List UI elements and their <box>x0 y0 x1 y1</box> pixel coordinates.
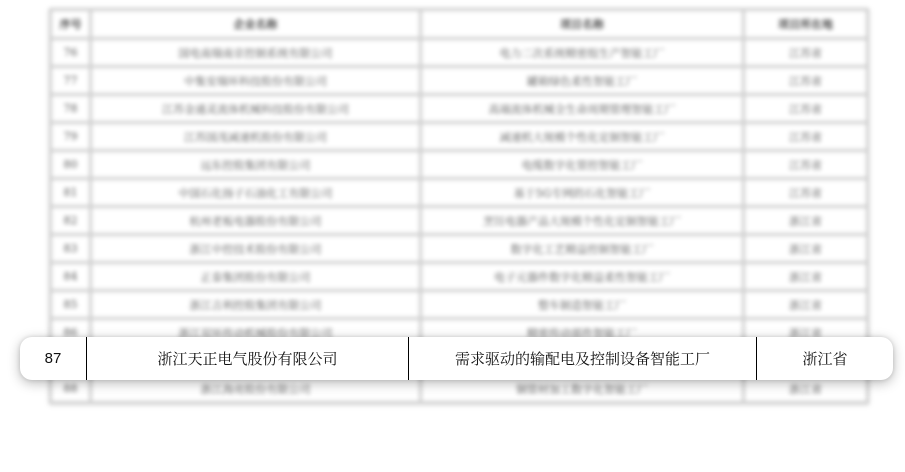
cell-no: 80 <box>51 151 91 179</box>
table-row: 83浙江中控技术股份有限公司数字化工艺精益控制智能工厂浙江省 <box>51 235 868 263</box>
cell-province: 浙江省 <box>744 263 868 291</box>
cell-no: 84 <box>51 263 91 291</box>
table-header-row: 序号 企业名称 项目名称 项目所在地 <box>51 10 868 39</box>
cell-project: 减速机大规模个性化定制智能工厂 <box>421 123 744 151</box>
table-row: 76国电南瑞南京控制系统有限公司电力二次系统精密组生产智能工厂江苏省 <box>51 39 868 67</box>
table-row: 85浙江吉利控股集团有限公司整车制造智能工厂浙江省 <box>51 291 868 319</box>
cell-company: 正泰集团股份有限公司 <box>91 263 421 291</box>
cell-province: 浙江省 <box>744 207 868 235</box>
cell-province: 江苏省 <box>744 123 868 151</box>
cell-no: 83 <box>51 235 91 263</box>
highlight-project: 需求驱动的输配电及控制设备智能工厂 <box>409 337 757 380</box>
cell-project: 电缆数字化管控智能工厂 <box>421 151 744 179</box>
table-row: 79江苏国茂减速机股份有限公司减速机大规模个性化定制智能工厂江苏省 <box>51 123 868 151</box>
cell-company: 浙江中控技术股份有限公司 <box>91 235 421 263</box>
cell-project: 数字化工艺精益控制智能工厂 <box>421 235 744 263</box>
table-row: 84正泰集团股份有限公司电子元器件数字化精益柔性智能工厂浙江省 <box>51 263 868 291</box>
cell-province: 江苏省 <box>744 67 868 95</box>
cell-company: 杭州老板电器股份有限公司 <box>91 207 421 235</box>
header-project: 项目名称 <box>421 10 744 39</box>
highlight-company: 浙江天正电气股份有限公司 <box>87 337 409 380</box>
cell-no: 77 <box>51 67 91 95</box>
cell-province: 江苏省 <box>744 179 868 207</box>
cell-no: 82 <box>51 207 91 235</box>
blurred-table-background: 序号 企业名称 项目名称 项目所在地 76国电南瑞南京控制系统有限公司电力二次系… <box>0 0 905 472</box>
table-row: 77中集安瑞环科技股份有限公司罐箱绿色柔性智能工厂江苏省 <box>51 67 868 95</box>
cell-company: 浙江吉利控股集团有限公司 <box>91 291 421 319</box>
table-row: 82杭州老板电器股份有限公司烹饪电器产品大规模个性化定制智能工厂浙江省 <box>51 207 868 235</box>
cell-project: 电子元器件数字化精益柔性智能工厂 <box>421 263 744 291</box>
highlighted-row-card: 87 浙江天正电气股份有限公司 需求驱动的输配电及控制设备智能工厂 浙江省 <box>20 337 893 380</box>
cell-company: 远东控股集团有限公司 <box>91 151 421 179</box>
highlight-province: 浙江省 <box>757 337 893 380</box>
header-company: 企业名称 <box>91 10 421 39</box>
cell-province: 浙江省 <box>744 291 868 319</box>
cell-company: 江苏国茂减速机股份有限公司 <box>91 123 421 151</box>
cell-company: 中国石化扬子石油化工有限公司 <box>91 179 421 207</box>
cell-company: 江苏金通灵流体机械科技股份有限公司 <box>91 95 421 123</box>
cell-company: 中集安瑞环科技股份有限公司 <box>91 67 421 95</box>
cell-province: 江苏省 <box>744 151 868 179</box>
header-province: 项目所在地 <box>744 10 868 39</box>
cell-project: 高端流体机械全生命周期管理智能工厂 <box>421 95 744 123</box>
cell-no: 78 <box>51 95 91 123</box>
cell-project: 烹饪电器产品大规模个性化定制智能工厂 <box>421 207 744 235</box>
cell-company: 国电南瑞南京控制系统有限公司 <box>91 39 421 67</box>
cell-province: 江苏省 <box>744 39 868 67</box>
table-row: 78江苏金通灵流体机械科技股份有限公司高端流体机械全生命周期管理智能工厂江苏省 <box>51 95 868 123</box>
cell-no: 85 <box>51 291 91 319</box>
cell-no: 81 <box>51 179 91 207</box>
cell-no: 76 <box>51 39 91 67</box>
cell-project: 电力二次系统精密组生产智能工厂 <box>421 39 744 67</box>
header-no: 序号 <box>51 10 91 39</box>
cell-no: 79 <box>51 123 91 151</box>
highlight-no: 87 <box>20 337 87 380</box>
cell-province: 浙江省 <box>744 235 868 263</box>
cell-project: 罐箱绿色柔性智能工厂 <box>421 67 744 95</box>
table-row: 81中国石化扬子石油化工有限公司基于5G专网的石化智能工厂江苏省 <box>51 179 868 207</box>
cell-project: 基于5G专网的石化智能工厂 <box>421 179 744 207</box>
cell-province: 江苏省 <box>744 95 868 123</box>
cell-project: 整车制造智能工厂 <box>421 291 744 319</box>
table-row: 80远东控股集团有限公司电缆数字化管控智能工厂江苏省 <box>51 151 868 179</box>
